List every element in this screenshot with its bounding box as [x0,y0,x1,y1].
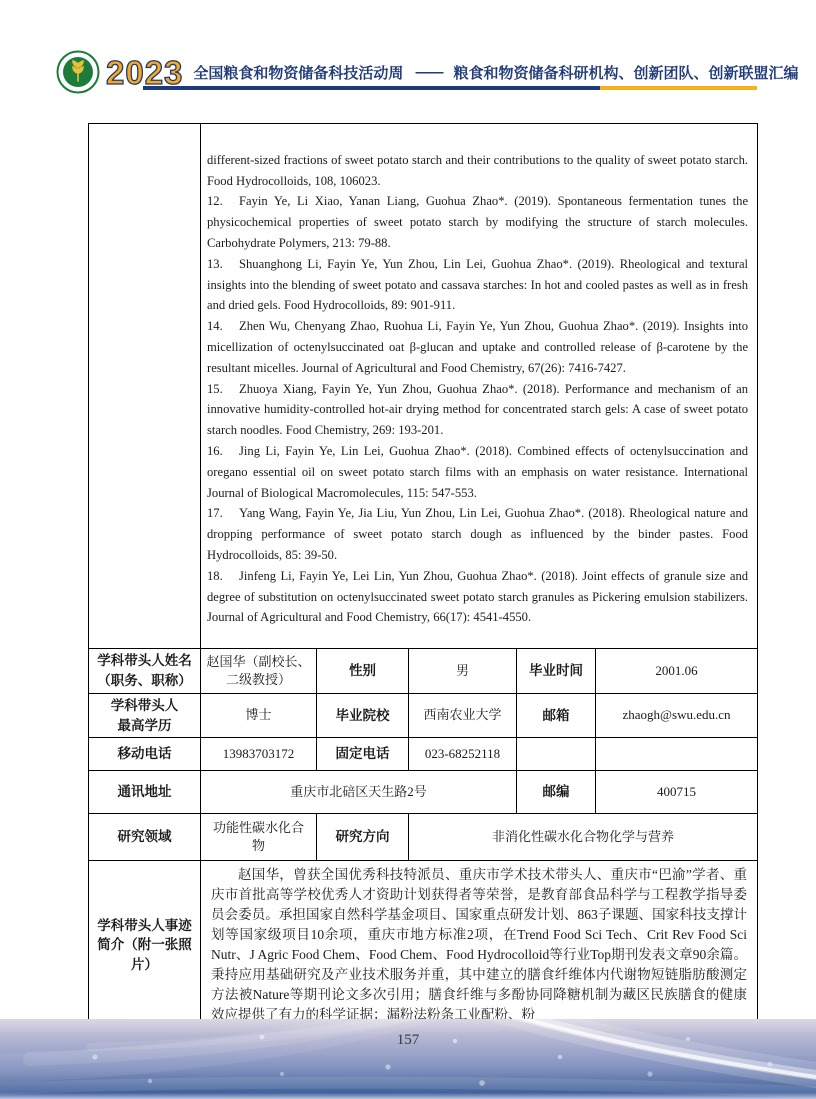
landline-value: 023-68252118 [409,738,517,771]
publication-item: 17.Yang Wang, Fayin Ye, Jia Liu, Yun Zho… [207,503,748,565]
bio-label: 学科带头人事迹简介（附一张照片） [89,861,201,1030]
bio-cell: 赵国华，曾获全国优秀科技特派员、重庆市学术技术带头人、重庆市“巴渝”学者、重庆市… [201,861,758,1030]
footer-wave-decoration [0,1019,816,1099]
publication-text: Jing Li, Fayin Ye, Lin Lei, Guohua Zhao*… [207,444,748,500]
publication-text: Shuanghong Li, Fayin Ye, Yun Zhou, Lin L… [207,257,748,313]
page-number: 157 [0,1032,816,1049]
email-value: zhaogh@swu.edu.cn [596,694,758,738]
header-title-dash: —— [415,64,441,81]
research-direction-value: 非消化性碳水化合物化学与营养 [409,814,758,861]
publication-text: Jinfeng Li, Fayin Ye, Lei Lin, Yun Zhou,… [207,569,748,625]
publication-item: 13.Shuanghong Li, Fayin Ye, Yun Zhou, Li… [207,254,748,316]
research-area-value: 功能性碳水化合物 [201,814,317,861]
header-title: 全国粮食和物资储备科技活动周 —— 粮食和物资储备科研机构、创新团队、创新联盟汇… [193,62,798,83]
research-direction-label: 研究方向 [317,814,409,861]
publication-text: Yang Wang, Fayin Ye, Jia Liu, Yun Zhou, … [207,506,748,562]
publication-item: 15.Zhuoya Xiang, Fayin Ye, Yun Zhou, Guo… [207,379,748,441]
address-label: 通讯地址 [89,771,201,814]
publication-number: 18. [207,566,239,587]
bio-row: 学科带头人事迹简介（附一张照片） 赵国华，曾获全国优秀科技特派员、重庆市学术技术… [89,861,758,1030]
publication-text: Fayin Ye, Li Xiao, Yanan Liang, Guohua Z… [207,194,748,250]
publication-item: 14.Zhen Wu, Chenyang Zhao, Ruohua Li, Fa… [207,316,748,378]
document-page: 2023 全国粮食和物资储备科技活动周 —— 粮食和物资储备科研机构、创新团队、… [0,0,816,1099]
postcode-label: 邮编 [517,771,596,814]
publication-item: 18.Jinfeng Li, Fayin Ye, Lei Lin, Yun Zh… [207,566,748,628]
publication-item: 12.Fayin Ye, Li Xiao, Yanan Liang, Guohu… [207,191,748,253]
publications-cell: different-sized fractions of sweet potat… [201,124,758,649]
landline-label: 固定电话 [317,738,409,771]
school-label: 毕业院校 [317,694,409,738]
postcode-value: 400715 [596,771,758,814]
mobile-value: 13983703172 [201,738,317,771]
header-divider [143,86,757,90]
publication-continuation: different-sized fractions of sweet potat… [207,150,748,192]
header-year: 2023 [106,56,183,89]
degree-value: 博士 [201,694,317,738]
expert-info-table: different-sized fractions of sweet potat… [88,123,758,1030]
name-value: 赵国华（副校长、二级教授） [201,649,317,694]
name-label: 学科带头人姓名（职务、职称） [89,649,201,694]
degree-row: 学科带头人最高学历 博士 毕业院校 西南农业大学 邮箱 zhaogh@swu.e… [89,694,758,738]
page-footer: 157 [0,1019,816,1099]
gender-value: 男 [409,649,517,694]
research-row: 研究领域 功能性碳水化合物 研究方向 非消化性碳水化合物化学与营养 [89,814,758,861]
name-row: 学科带头人姓名（职务、职称） 赵国华（副校长、二级教授） 性别 男 毕业时间 2… [89,649,758,694]
publication-text: Zhuoya Xiang, Fayin Ye, Yun Zhou, Guohua… [207,382,748,438]
phone-row-empty-cell-1 [517,738,596,771]
email-label: 邮箱 [517,694,596,738]
publication-number: 17. [207,503,239,524]
graduation-time-label: 毕业时间 [517,649,596,694]
degree-label: 学科带头人最高学历 [89,694,201,738]
header-divider-orange [600,86,757,90]
address-value: 重庆市北碚区天生路2号 [201,771,517,814]
research-area-label: 研究领域 [89,814,201,861]
publications-label-cell [89,124,201,649]
mobile-label: 移动电话 [89,738,201,771]
gender-label: 性别 [317,649,409,694]
publication-number: 15. [207,379,239,400]
address-row: 通讯地址 重庆市北碚区天生路2号 邮编 400715 [89,771,758,814]
publication-item: 16.Jing Li, Fayin Ye, Lin Lei, Guohua Zh… [207,441,748,503]
graduation-time-value: 2001.06 [596,649,758,694]
phone-row-empty-cell-2 [596,738,758,771]
publications-row: different-sized fractions of sweet potat… [89,124,758,649]
school-value: 西南农业大学 [409,694,517,738]
publication-number: 16. [207,441,239,462]
header-divider-blue [143,86,600,90]
publication-number: 12. [207,191,239,212]
header-title-sub: 粮食和物资储备科研机构、创新团队、创新联盟汇编 [453,62,798,83]
grain-administration-logo-icon [56,50,100,94]
header-title-main: 全国粮食和物资储备科技活动周 [193,62,403,83]
publication-number: 13. [207,254,239,275]
phone-row: 移动电话 13983703172 固定电话 023-68252118 [89,738,758,771]
publication-number: 14. [207,316,239,337]
publication-text: Zhen Wu, Chenyang Zhao, Ruohua Li, Fayin… [207,319,748,375]
bio-text: 赵国华，曾获全国优秀科技特派员、重庆市学术技术带头人、重庆市“巴渝”学者、重庆市… [211,865,747,1025]
